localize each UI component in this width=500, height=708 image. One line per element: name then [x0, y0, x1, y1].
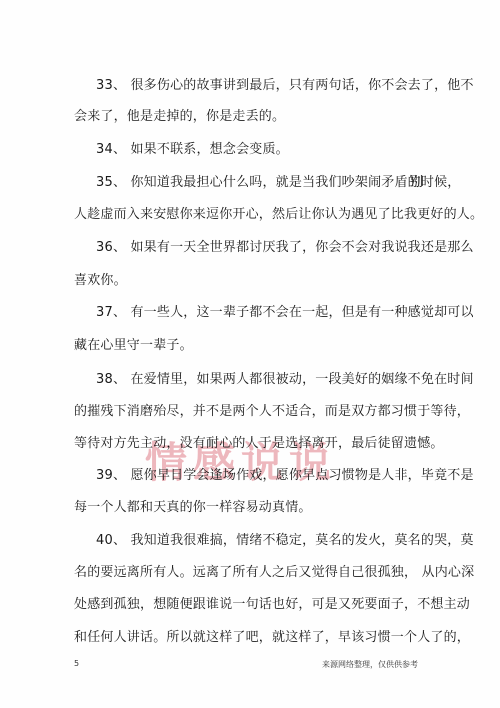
text-line-38-start: 38、 在爱情里，如果两人都很被动，一段美好的姻缘不免在时间: [96, 371, 456, 389]
text-line: 喜欢你。: [74, 272, 434, 290]
text-line-33-start: 33、 很多伤心的故事讲到最后，只有两句话，你不会去了，他不: [96, 77, 456, 95]
text-line: 的摧残下消磨殆尽，并不是两个人不适合，而是双方都习惯于等待，: [74, 403, 434, 421]
document-page: 情感说说 33、 很多伤心的故事讲到最后，只有两句话，你不会去了，他不 会来了，…: [0, 0, 500, 708]
text-line: 和任何人讲话。所以就这样了吧，就这样了，早该习惯一个人了的，: [74, 629, 434, 647]
text-line: 会来了，他是走掉的，你是走丢的。: [74, 108, 434, 126]
text-line-37-start: 37、 有一些人，这一辈子都不会在一起，但是有一种感觉却可以: [96, 304, 456, 322]
text-line-40-start: 40、 我知道我很难搞，情绪不稳定，莫名的发火，莫名的哭，莫: [96, 532, 456, 550]
text-line-35-trailing: 别: [410, 174, 423, 192]
text-line: 每一个人都和天真的你一样容易动真情。: [74, 499, 434, 517]
text-line-36-start: 36、 如果有一天全世界都讨厌我了，你会不会对我说我还是那么: [96, 239, 456, 257]
text-line-35-start: 35、 你知道我最担心什么吗，就是当我们吵架闹矛盾的时候，: [96, 174, 456, 192]
source-note: 来源网络整理，仅供供参考: [322, 659, 418, 670]
text-line: 藏在心里守一辈子。: [74, 337, 434, 355]
text-line: 等待对方先主动，没有耐心的人于是选择离开，最后徒留遗憾。: [74, 435, 434, 453]
text-line-39-start: 39、 愿你早日学会逢场作戏，愿你早点习惯物是人非，毕竟不是: [96, 467, 456, 485]
text-line: 名的要远离所有人。远离了所有人之后又觉得自己很孤独， 从内心深: [74, 564, 434, 582]
text-line: 处感到孤独，想随便跟谁说一句话也好，可是又死要面子，不想主动: [74, 596, 434, 614]
page-number: 5: [74, 659, 79, 668]
text-line-34: 34、 如果不联系，想念会变质。: [96, 141, 456, 159]
text-line: 人趁虚而入来安慰你来逗你开心，然后让你认为遇见了比我更好的人。: [74, 206, 434, 224]
